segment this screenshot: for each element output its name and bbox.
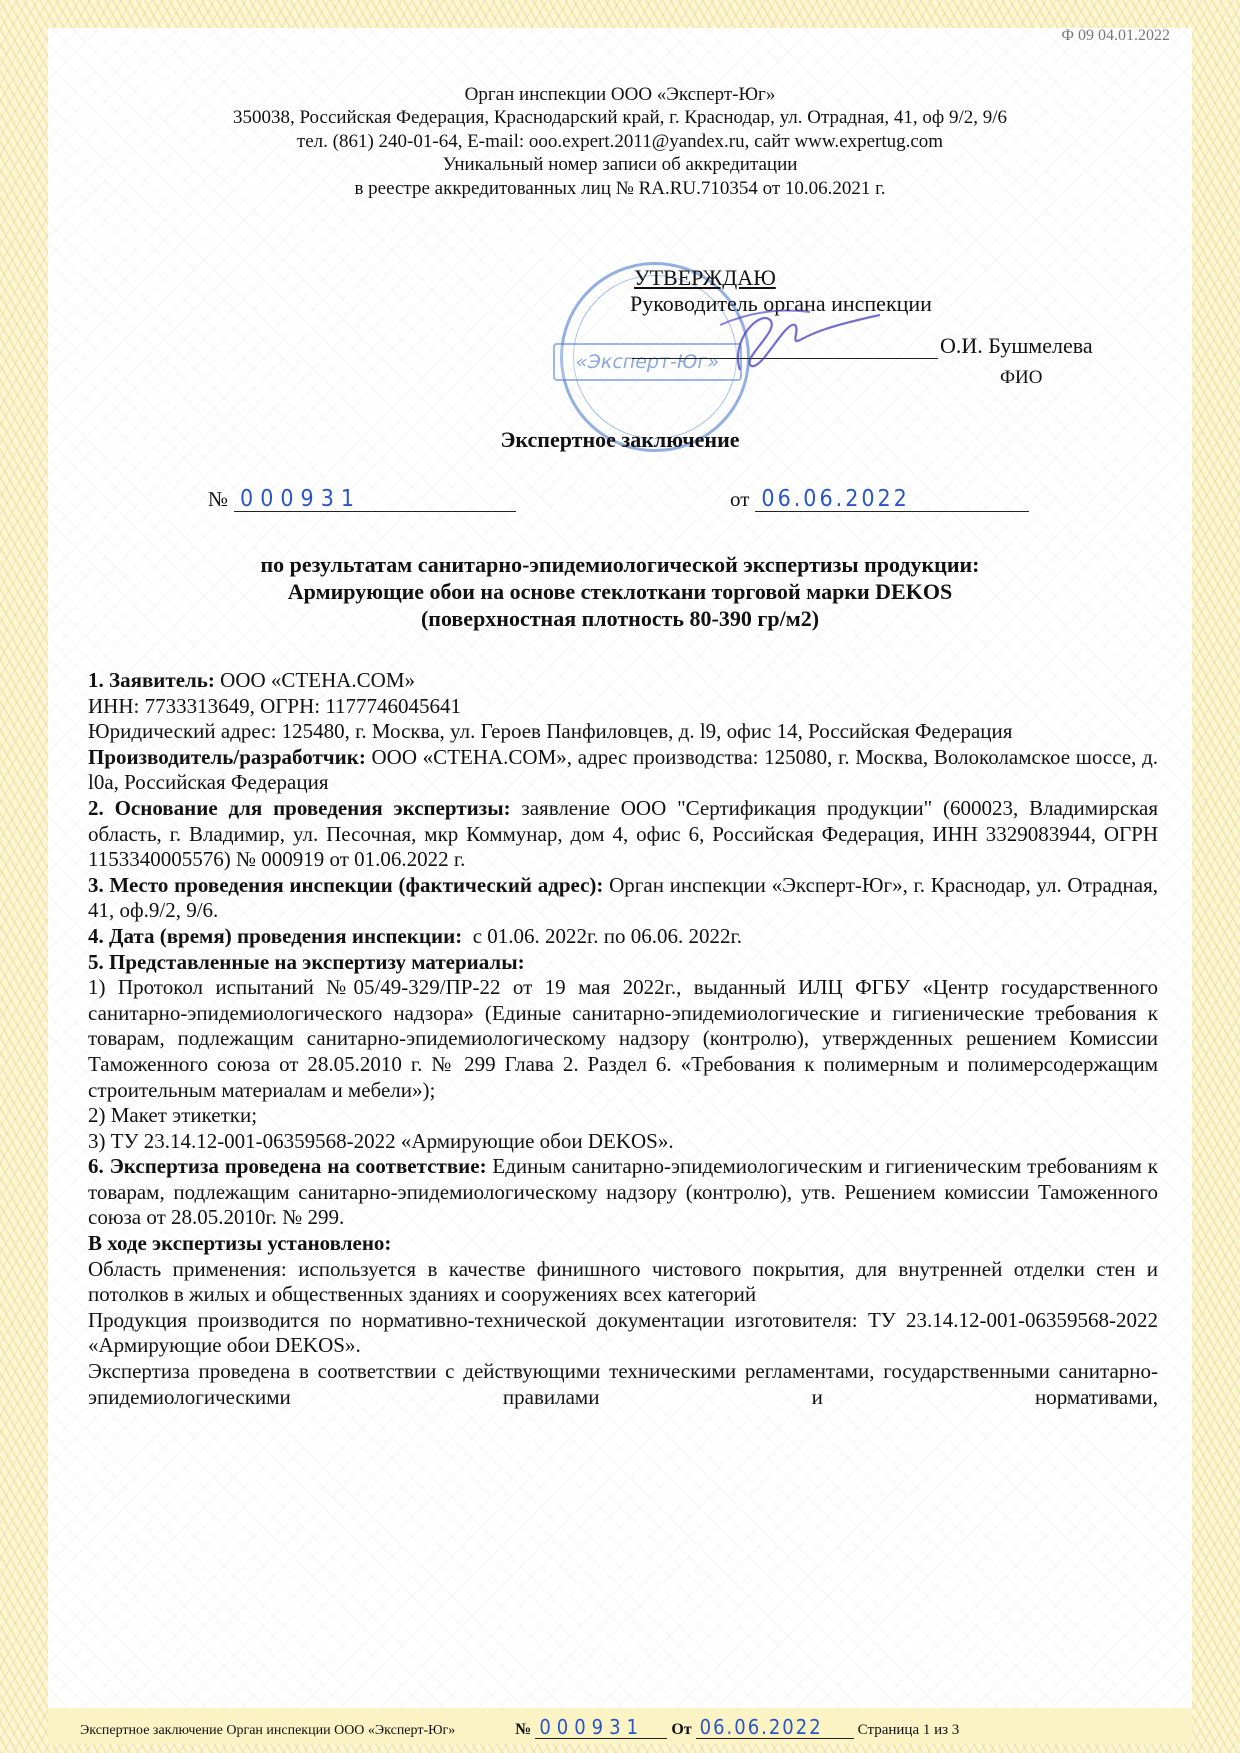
section-label: 3. Место проведения инспекции (фактическ…	[88, 873, 603, 897]
section-applicant: 1. Заявитель: ООО «СТЕНА.СОМ»	[88, 668, 1158, 694]
document-number-row: № 000931	[208, 487, 516, 512]
findings-heading: В ходе экспертизы установлено:	[88, 1231, 1158, 1257]
materials-item: 1) Протокол испытаний №05/49-329/ПР-22 о…	[88, 975, 1158, 1103]
section-label: 2. Основание для проведения экспертизы:	[88, 796, 511, 820]
document-date-row: от 06.06.2022	[730, 487, 1029, 512]
org-contacts: тел. (861) 240-01-64, E-mail: ooo.expert…	[0, 130, 1240, 153]
section-label: В ходе экспертизы установлено:	[88, 1231, 391, 1255]
applicant-legal-address: Юридический адрес: 125480, г. Москва, ул…	[88, 719, 1158, 745]
applicant-ids: ИНН: 7733313649, ОГРН: 1177746045641	[88, 694, 1158, 720]
section-manufacturer: Производитель/разработчик: ООО «СТЕНА.СО…	[88, 745, 1158, 796]
section-materials: 5. Представленные на экспертизу материал…	[88, 950, 1158, 976]
accreditation-line-1: Уникальный номер записи об аккредитации	[0, 153, 1240, 176]
approve-heading: УТВЕРЖДАЮ	[634, 265, 932, 291]
materials-item: 2) Макет этикетки;	[88, 1103, 1158, 1129]
subtitle-line-3: (поверхностная плотность 80-390 гр/м2)	[0, 605, 1240, 632]
findings-item: Область применения: используется в качес…	[88, 1257, 1158, 1308]
accreditation-line-2: в реестре аккредитованных лиц № RA.RU.71…	[0, 177, 1240, 200]
section-label: 6. Экспертиза проведена на соответствие:	[88, 1154, 487, 1178]
document-title: Экспертное заключение	[0, 427, 1240, 453]
section-value: ООО «СТЕНА.СОМ»	[215, 668, 415, 692]
findings-item: Продукция производится по нормативно-тех…	[88, 1308, 1158, 1359]
section-label: Производитель/разработчик:	[88, 745, 366, 769]
number-prefix: №	[208, 487, 228, 512]
materials-item: 3) ТУ 23.14.12-001-06359568-2022 «Армиру…	[88, 1129, 1158, 1155]
footer-date: 06.06.2022	[696, 1716, 854, 1739]
letterhead: Орган инспекции ООО «Эксперт-Юг» 350038,…	[0, 83, 1240, 200]
approver-name: О.И. Бушмелева	[940, 333, 1093, 359]
org-name: Орган инспекции ООО «Эксперт-Юг»	[0, 83, 1240, 106]
section-dates: 4. Дата (время) проведения инспекции: с …	[88, 924, 1158, 950]
footer-org: Экспертное заключение Орган инспекции ОО…	[80, 1723, 455, 1739]
date-prefix: от	[730, 487, 749, 512]
document-body: 1. Заявитель: ООО «СТЕНА.СОМ» ИНН: 77333…	[88, 668, 1158, 1410]
section-label: 4. Дата (время) проведения инспекции:	[88, 924, 462, 948]
page-number: Страница 1 из 3	[858, 1722, 960, 1739]
section-value: с 01.06. 2022г. по 06.06. 2022г.	[462, 924, 742, 948]
document-date: 06.06.2022	[755, 487, 1029, 512]
subtitle-line-2: Армирующие обои на основе стеклоткани то…	[0, 578, 1240, 605]
fio-label: ФИО	[1000, 367, 1042, 389]
page-footer: Экспертное заключение Орган инспекции ОО…	[80, 1716, 1170, 1739]
footer-number: 000931	[535, 1716, 667, 1739]
document-subtitle: по результатам санитарно-эпидемиологичес…	[0, 551, 1240, 632]
signature-icon	[700, 300, 880, 380]
form-code: Ф 09 04.01.2022	[1061, 27, 1170, 45]
subtitle-line-1: по результатам санитарно-эпидемиологичес…	[0, 551, 1240, 578]
footer-date-prefix: От	[671, 1721, 691, 1739]
section-compliance: 6. Экспертиза проведена на соответствие:…	[88, 1154, 1158, 1231]
footer-number-prefix: №	[515, 1721, 531, 1739]
section-place: 3. Место проведения инспекции (фактическ…	[88, 873, 1158, 924]
section-basis: 2. Основание для проведения экспертизы: …	[88, 796, 1158, 873]
section-label: 1. Заявитель:	[88, 668, 215, 692]
section-label: 5. Представленные на экспертизу материал…	[88, 950, 525, 974]
org-address: 350038, Российская Федерация, Краснодарс…	[0, 106, 1240, 129]
findings-item: Экспертиза проведена в соответствии с де…	[88, 1359, 1158, 1410]
document-number: 000931	[234, 487, 516, 512]
